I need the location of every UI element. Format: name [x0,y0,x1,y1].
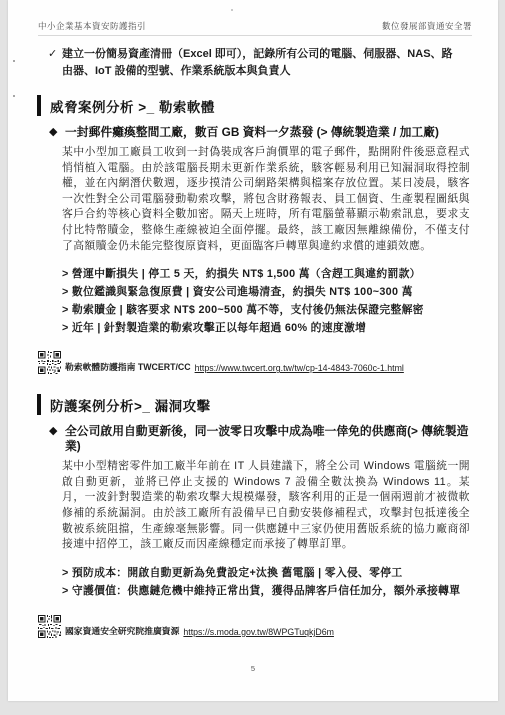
case-body-paragraph: 某中小型加工廠員工收到一封偽裝成客戶詢價單的電子郵件，點開附件後惡意程式悄悄植入… [62,145,470,254]
benefit-item: > 守護價值：供應鏈危機中維持正常出貨，獲得品牌客戶信任加分，額外承接轉單 [62,582,472,600]
case-heading: ◆ 一封郵件癱瘓整間工廠，數百 GB 資料一夕蒸發 (> 傳統製造業 / 加工廠… [38,125,472,140]
impact-item: > 數位鑑識與緊急復原費 | 資安公司進場清查，約損失 NT$ 100~300 … [62,283,472,301]
qr-code-icon [38,615,61,638]
header-doc-title: 中小企業基本資安防護指引 [38,20,146,32]
section-heading-text: 防護案例分析>_ 漏洞攻擊 [50,395,211,415]
section-heading-text: 威脅案例分析 >_ 勒索軟體 [50,96,215,116]
case-body-paragraph: 某中小型精密零件加工廠半年前在 IT 人員建議下，將全公司 Windows 電腦… [62,459,470,553]
header-divider [38,35,472,36]
resource-link-label: 勒索軟體防護指南 TWCERT/CC [65,360,191,374]
section-heading: 威脅案例分析 >_ 勒索軟體 [38,95,472,116]
diamond-bullet-icon: ◆ [49,125,65,140]
section-protection-case: 防護案例分析>_ 漏洞攻擊 ◆ 全公司啟用自動更新後，同一波零日攻擊中成為唯一倖… [38,394,472,638]
scan-background: 中小企業基本資安防護指引 數位發展部資通安全署 ✓ 建立一份簡易資產清冊（Exc… [0,0,505,715]
document-page: 中小企業基本資安防護指引 數位發展部資通安全署 ✓ 建立一份簡易資產清冊（Exc… [8,0,498,701]
scan-speckle [13,60,15,62]
resource-link-url[interactable]: https://www.twcert.org.tw/tw/cp-14-4843-… [195,363,404,374]
section-heading: 防護案例分析>_ 漏洞攻擊 [38,394,472,415]
checklist-text: 建立一份簡易資產清冊（Excel 即可），記錄所有公司的電腦、伺服器、NAS、路… [62,46,472,80]
scan-speckle [418,197,420,198]
section-threat-case: 威脅案例分析 >_ 勒索軟體 ◆ 一封郵件癱瘓整間工廠，數百 GB 資料一夕蒸發… [38,95,472,374]
scan-speckle [13,95,15,97]
case-heading-text: 一封郵件癱瘓整間工廠，數百 GB 資料一夕蒸發 (> 傳統製造業 / 加工廠) [65,125,439,140]
impact-list: > 營運中斷損失 | 停工 5 天，約損失 NT$ 1,500 萬（含趕工與違約… [62,265,472,337]
impact-item: > 勒索贖金 | 駭客要求 NT$ 200~500 萬不等，支付後仍無法保證完整… [62,301,472,319]
checkmark-icon: ✓ [48,46,62,80]
resource-link-label: 國家資通安全研究院推廣資源 [65,624,179,638]
diamond-bullet-icon: ◆ [49,424,65,454]
section-heading-bar [37,394,41,415]
header-agency-name: 數位發展部資通安全署 [382,20,472,32]
page-header: 中小企業基本資安防護指引 數位發展部資通安全署 [38,20,472,32]
section-heading-bar [37,95,41,116]
resource-link-url[interactable]: https://s.moda.gov.tw/8WPGTuqkjD6m [183,627,334,638]
qr-code-icon [38,351,61,374]
resource-link-row: 勒索軟體防護指南 TWCERT/CC https://www.twcert.or… [38,351,472,374]
checklist-item: ✓ 建立一份簡易資產清冊（Excel 即可），記錄所有公司的電腦、伺服器、NAS… [38,46,472,80]
impact-item: > 近年 | 針對製造業的勒索攻擊正以每年超過 60% 的速度激增 [62,319,472,337]
benefit-item: > 預防成本：開啟自動更新為免費設定+汰換 舊電腦 | 零入侵、零停工 [62,564,472,582]
impact-item: > 營運中斷損失 | 停工 5 天，約損失 NT$ 1,500 萬（含趕工與違約… [62,265,472,283]
page-number: 5 [8,664,498,673]
case-heading-text: 全公司啟用自動更新後，同一波零日攻擊中成為唯一倖免的供應商(> 傳統製造業) [65,424,472,454]
case-heading: ◆ 全公司啟用自動更新後，同一波零日攻擊中成為唯一倖免的供應商(> 傳統製造業) [38,424,472,454]
scan-speckle [231,9,233,11]
benefit-list: > 預防成本：開啟自動更新為免費設定+汰換 舊電腦 | 零入侵、零停工 > 守護… [62,564,472,600]
resource-link-row: 國家資通安全研究院推廣資源 https://s.moda.gov.tw/8WPG… [38,615,472,638]
